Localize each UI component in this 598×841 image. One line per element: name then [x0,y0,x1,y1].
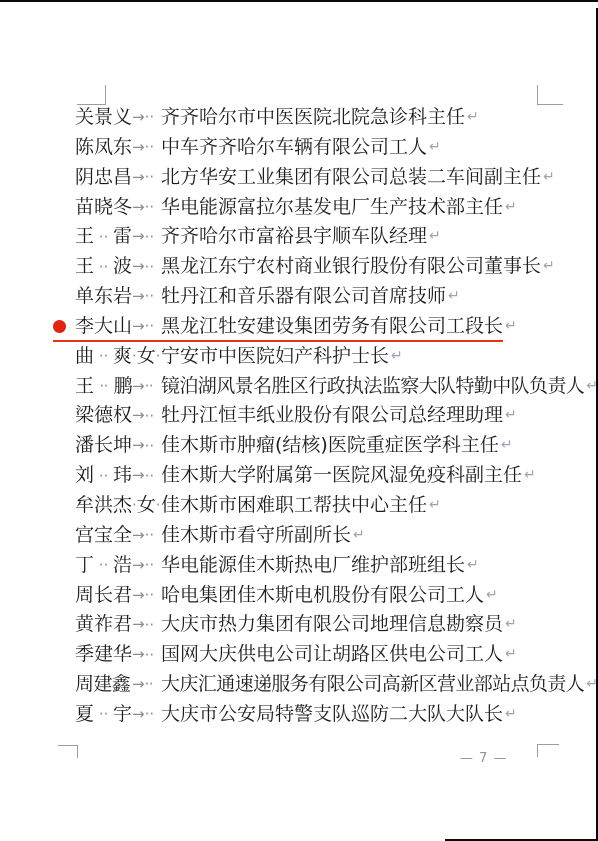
separator-cell: →·· [132,193,161,223]
entry-name: 关景义 [75,103,132,133]
highlight-dot [53,320,66,333]
tab-mark: → [132,581,145,611]
space-mark: ·· [145,140,155,155]
paragraph-mark: ↵ [505,312,517,342]
entry-name: 陈凤东 [75,133,132,163]
separator-cell: ·女· [132,491,161,521]
entry-name: 李大山 [75,312,132,342]
paragraph-mark: ↵ [429,222,441,252]
roster-row: 宫宝全→··佳木斯市看守所副所长↵ [75,521,596,551]
entry-name: 周长君 [75,581,132,611]
entry-title: 佳木斯市肿瘤(结核)医院重症医学科主任 [161,431,499,461]
entry-name: 曲··爽 [75,342,132,372]
paragraph-mark: ↵ [505,700,517,730]
space-mark: ·· [145,230,155,245]
entry-title: 国网大庆供电公司让胡路区供电公司工人 [161,640,503,670]
separator-cell: →·· [132,461,161,491]
name-char: 王 [75,372,93,402]
entry-name: 黄祚君 [75,610,132,640]
paragraph-mark: ↵ [524,461,536,491]
separator-cell: →·· [132,700,161,730]
name-char: 鹏 [114,372,132,402]
paragraph-mark: ↵ [353,521,365,551]
tab-mark: → [132,461,145,491]
roster-row: 陈凤东→··中车齐齐哈尔车辆有限公司工人↵ [75,133,596,163]
roster-row: 周长君→··哈电集团佳木斯电机股份有限公司工人↵ [75,581,596,611]
document-page: { "page": { "number_label": "— 7 —" }, "… [0,0,598,841]
tab-mark: → [132,670,145,700]
tab-mark: → [132,222,145,252]
roster-row: 单东岩→··牡丹江和音乐器有限公司首席技师↵ [75,282,596,312]
name-char: 波 [113,252,132,282]
frame-edge-top [0,0,598,2]
entry-title: 北方华安工业集团有限公司总装二车间副主任 [161,163,541,193]
crop-mark-top-right [537,85,563,105]
space-mark: ·· [145,319,155,334]
separator-cell: →·· [132,640,161,670]
space-mark: ·· [145,110,155,125]
tab-mark: → [132,133,145,163]
entry-name: 苗晓冬 [75,193,132,223]
tab-mark: → [132,610,145,640]
entry-title: 宁安市中医院妇产科护士长 [161,342,389,372]
separator-cell: →·· [132,222,161,252]
space-mark: ·· [145,648,155,663]
paragraph-mark: ↵ [486,581,498,611]
name-char: 刘 [75,461,94,491]
paragraph-mark: ↵ [501,431,513,461]
roster-row: 牟洪杰·女·佳木斯市困难职工帮扶中心主任↵ [75,491,596,521]
entry-title: 齐齐哈尔市富裕县宇顺车队经理 [161,222,427,252]
separator-cell: →·· [132,252,161,282]
entry-title: 黑龙江牡安建设集团劳务有限公司工段长 [161,312,503,342]
tab-mark: → [132,551,145,581]
roster-row: 苗晓冬→··华电能源富拉尔基发电厂生产技术部主任↵ [75,193,596,223]
entry-title: 华电能源富拉尔基发电厂生产技术部主任 [161,193,503,223]
paragraph-mark: ↵ [543,163,555,193]
tab-mark: → [132,252,145,282]
paragraph-mark: ↵ [505,401,517,431]
roster-row: 夏··宇→··大庆市公安局特警支队巡防二大队大队长↵ [75,700,596,730]
roster-row: 王··波→··黑龙江东宁农村商业银行股份有限公司董事长↵ [75,252,596,282]
roster-row: 梁德权→··牡丹江恒丰纸业股份有限公司总经理助理↵ [75,401,596,431]
paragraph-mark: ↵ [505,610,517,640]
gender-label: 女 [137,342,156,372]
space-mark: ·· [145,409,155,424]
roster-row: 刘··玮→··佳木斯大学附属第一医院风湿免疫科副主任↵ [75,461,596,491]
tab-mark: → [132,312,145,342]
paragraph-mark: ↵ [467,103,479,133]
paragraph-mark: ↵ [543,252,555,282]
space-mark: ·· [99,230,109,245]
space-mark: ·· [145,618,155,633]
space-mark: ·· [145,170,155,185]
tab-mark: → [132,163,145,193]
separator-cell: →·· [132,431,161,461]
entry-name: 王··雷 [75,222,132,252]
separator-cell: →·· [132,163,161,193]
entry-name: 季建华 [75,640,132,670]
entry-name: 丁··浩 [75,551,132,581]
entry-title: 佳木斯大学附属第一医院风湿免疫科副主任 [161,461,522,491]
roster-row: 王··雷→··齐齐哈尔市富裕县宇顺车队经理↵ [75,222,596,252]
roster-row: 周建鑫→··大庆汇通速递服务有限公司高新区营业部站点负责人↵ [75,670,596,700]
entry-name: 梁德权 [75,401,132,431]
tab-mark: → [132,431,145,461]
space-mark: ·· [99,469,109,484]
paragraph-mark: ↵ [429,491,441,521]
page-number: — 7 — [460,751,508,766]
paragraph-mark: ↵ [391,342,403,372]
separator-cell: →·· [132,103,161,133]
roster-row: 黄祚君→··大庆市热力集团有限公司地理信息勘察员↵ [75,610,596,640]
entry-name: 王··波 [75,252,132,282]
entry-name: 宫宝全 [75,521,132,551]
tab-mark: → [132,401,145,431]
separator-cell: →·· [132,372,161,402]
name-char: 浩 [113,551,132,581]
entry-name: 王··鹏 [75,372,132,402]
paragraph-mark: ↵ [448,282,460,312]
entry-title: 佳木斯市看守所副所长 [161,521,351,551]
entry-title: 黑龙江东宁农村商业银行股份有限公司董事长 [161,252,541,282]
entry-name: 潘长坤 [75,431,132,461]
separator-cell: →·· [132,312,161,342]
entry-title: 佳木斯市困难职工帮扶中心主任 [161,491,427,521]
space-mark: ·· [145,439,155,454]
entry-name: 阴忠昌 [75,163,132,193]
space-mark: · [156,498,161,513]
space-mark: · [156,349,161,364]
tab-mark: → [132,282,145,312]
paragraph-mark: ↵ [586,670,597,700]
entry-title: 大庆汇通速递服务有限公司高新区营业部站点负责人 [161,670,584,700]
paragraph-mark: ↵ [505,193,517,223]
entry-title: 镜泊湖风景名胜区行政执法监察大队特勤中队负责人 [161,372,584,402]
roster-row: 曲··爽·女·宁安市中医院妇产科护士长↵ [75,342,596,372]
tab-mark: → [132,700,145,730]
space-mark: ·· [99,349,109,364]
roster-row: 季建华→··国网大庆供电公司让胡路区供电公司工人↵ [75,640,596,670]
name-char: 爽 [113,342,132,372]
tab-mark: → [132,640,145,670]
separator-cell: →·· [132,581,161,611]
space-mark: ·· [99,558,109,573]
gender-label: 女 [137,491,156,521]
entry-title: 牡丹江和音乐器有限公司首席技师 [161,282,446,312]
separator-cell: →·· [132,133,161,163]
space-mark: ·· [145,528,155,543]
name-char: 雷 [113,222,132,252]
paragraph-mark: ↵ [467,551,479,581]
paragraph-mark: ↵ [505,640,517,670]
name-char: 丁 [75,551,94,581]
tab-mark: → [132,372,145,402]
space-mark: ·· [145,469,155,484]
roster-row: 王··鹏→··镜泊湖风景名胜区行政执法监察大队特勤中队负责人↵ [75,372,596,402]
crop-mark-bottom-left [58,745,78,758]
tab-mark: → [132,521,145,551]
space-mark: ·· [145,677,153,692]
tab-mark: → [132,103,145,133]
entry-name: 牟洪杰 [75,491,132,521]
name-char: 宇 [113,700,132,730]
separator-cell: →·· [132,521,161,551]
space-mark: ·· [145,558,155,573]
roster-row: 潘长坤→··佳木斯市肿瘤(结核)医院重症医学科主任↵ [75,431,596,461]
entry-title: 哈电集团佳木斯电机股份有限公司工人 [161,581,484,611]
entry-title: 中车齐齐哈尔车辆有限公司工人 [161,133,427,163]
crop-mark-top-left [77,85,106,105]
crop-mark-bottom-right [537,744,559,757]
entry-title: 牡丹江恒丰纸业股份有限公司总经理助理 [161,401,503,431]
name-char: 王 [75,222,94,252]
paragraph-mark: ↵ [429,133,441,163]
separator-cell: →·· [132,282,161,312]
entry-name: 夏··宇 [75,700,132,730]
space-mark: ·· [99,707,109,722]
space-mark: ·· [145,588,155,603]
entry-title: 大庆市公安局特警支队巡防二大队大队长 [161,700,503,730]
roster-row: 丁··浩→··华电能源佳木斯热电厂维护部班组长↵ [75,551,596,581]
space-mark: ·· [99,379,107,394]
roster-list: 关景义→··齐齐哈尔市中医医院北院急诊科主任↵陈凤东→··中车齐齐哈尔车辆有限公… [75,103,596,730]
roster-row: 阴忠昌→··北方华安工业集团有限公司总装二车间副主任↵ [75,163,596,193]
separator-cell: ·女· [132,342,161,372]
roster-row: 关景义→··齐齐哈尔市中医医院北院急诊科主任↵ [75,103,596,133]
space-mark: ·· [145,379,153,394]
tab-mark: → [132,193,145,223]
entry-name: 刘··玮 [75,461,132,491]
space-mark: ·· [145,200,155,215]
space-mark: ·· [145,260,155,275]
space-mark: ·· [145,289,155,304]
roster-row: 李大山→··黑龙江牡安建设集团劳务有限公司工段长↵ [75,312,596,342]
separator-cell: →·· [132,610,161,640]
separator-cell: →·· [132,551,161,581]
entry-title: 华电能源佳木斯热电厂维护部班组长 [161,551,465,581]
name-char: 夏 [75,700,94,730]
separator-cell: →·· [132,401,161,431]
space-mark: ·· [99,260,109,275]
entry-title: 大庆市热力集团有限公司地理信息勘察员 [161,610,503,640]
name-char: 玮 [113,461,132,491]
space-mark: ·· [145,707,155,722]
separator-cell: →·· [132,670,161,700]
entry-name: 周建鑫 [75,670,132,700]
name-char: 王 [75,252,94,282]
name-char: 曲 [75,342,94,372]
entry-title: 齐齐哈尔市中医医院北院急诊科主任 [161,103,465,133]
paragraph-mark: ↵ [586,372,597,402]
entry-name: 单东岩 [75,282,132,312]
